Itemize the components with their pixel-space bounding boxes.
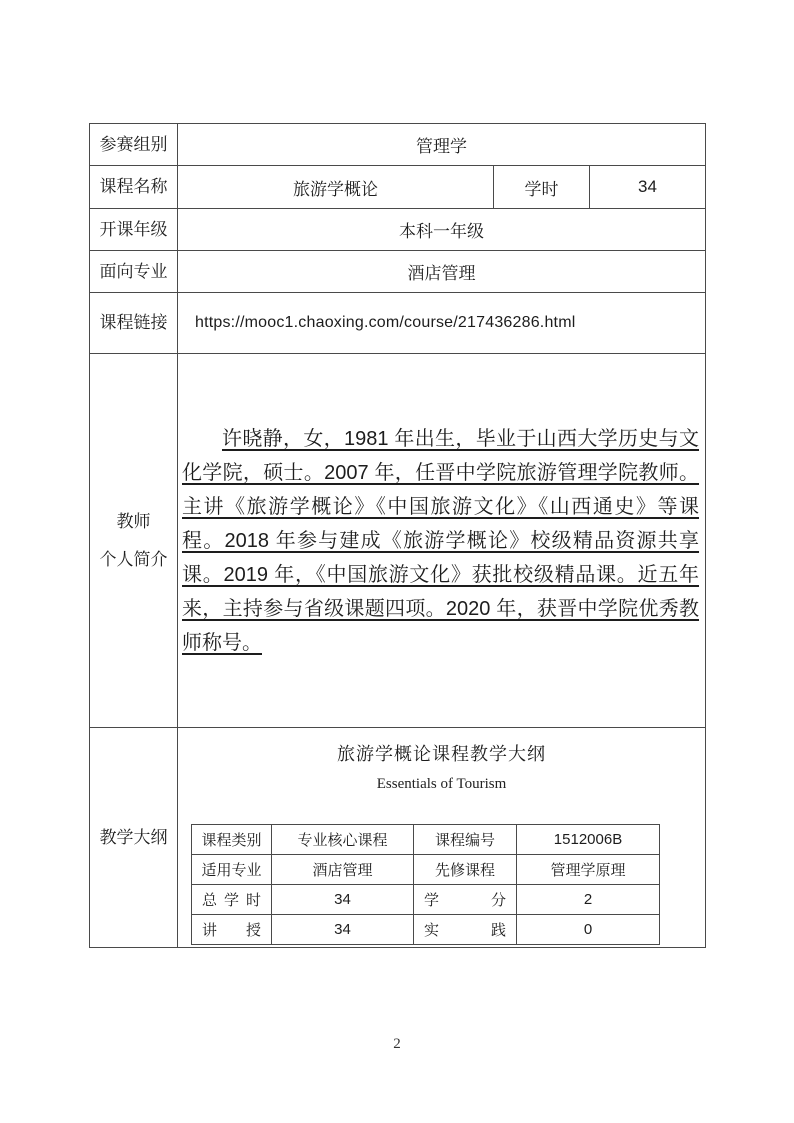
- syllabus-summary-table: 课程类别 专业核心课程 课程编号 1512006B 适用专业 酒店管理 先修课程…: [191, 824, 660, 945]
- hours-value: 34: [590, 166, 706, 209]
- prerequisite-value: 管理学原理: [517, 855, 660, 885]
- course-link-value: https://mooc1.chaoxing.com/course/217436…: [178, 293, 706, 354]
- teacher-bio-cell: 许晓静，女，1981 年出生，毕业于山西大学历史与文化学院，硕士。2007 年，…: [178, 354, 706, 728]
- practice-hours-label: 实践: [414, 915, 517, 945]
- hours-label: 学时: [494, 166, 590, 209]
- syllabus-title: 旅游学概论课程教学大纲: [178, 740, 705, 766]
- course-link-label: 课程链接: [90, 293, 178, 354]
- major-value: 酒店管理: [178, 251, 706, 293]
- table-row: 开课年级 本科一年级: [90, 209, 706, 251]
- teacher-bio-label: 教师 个人简介: [90, 354, 178, 728]
- total-hours-value: 34: [272, 885, 414, 915]
- table-row: 适用专业 酒店管理 先修课程 管理学原理: [192, 855, 660, 885]
- total-hours-label: 总学时: [192, 885, 272, 915]
- credits-value: 2: [517, 885, 660, 915]
- table-row: 面向专业 酒店管理: [90, 251, 706, 293]
- table-row: 讲授 34 实践 0: [192, 915, 660, 945]
- grade-value: 本科一年级: [178, 209, 706, 251]
- table-row: 总学时 34 学分 2: [192, 885, 660, 915]
- table-row: 课程名称 旅游学概论 学时 34: [90, 166, 706, 209]
- table-row: 课程链接 https://mooc1.chaoxing.com/course/2…: [90, 293, 706, 354]
- lecture-hours-value: 34: [272, 915, 414, 945]
- lecture-hours-label: 讲授: [192, 915, 272, 945]
- course-name-value: 旅游学概论: [178, 166, 494, 209]
- course-type-value: 专业核心课程: [272, 825, 414, 855]
- course-name-label: 课程名称: [90, 166, 178, 209]
- table-row: 课程类别 专业核心课程 课程编号 1512006B: [192, 825, 660, 855]
- course-type-label: 课程类别: [192, 825, 272, 855]
- syllabus-cell: 旅游学概论课程教学大纲 Essentials of Tourism 课程类别 专…: [178, 728, 706, 948]
- course-info-table: 参赛组别 管理学 课程名称 旅游学概论 学时 34 开课年级 本科一年级 面向专…: [89, 123, 706, 948]
- group-value: 管理学: [178, 124, 706, 166]
- table-row: 教师 个人简介 许晓静，女，1981 年出生，毕业于山西大学历史与文化学院，硕士…: [90, 354, 706, 728]
- major-label: 面向专业: [90, 251, 178, 293]
- group-label: 参赛组别: [90, 124, 178, 166]
- applicable-major-label: 适用专业: [192, 855, 272, 885]
- prerequisite-label: 先修课程: [414, 855, 517, 885]
- applicable-major-value: 酒店管理: [272, 855, 414, 885]
- syllabus-subtitle-english: Essentials of Tourism: [178, 776, 705, 793]
- syllabus-label: 教学大纲: [90, 728, 178, 948]
- document-page: 参赛组别 管理学 课程名称 旅游学概论 学时 34 开课年级 本科一年级 面向专…: [0, 0, 794, 1123]
- table-row: 参赛组别 管理学: [90, 124, 706, 166]
- table-row: 教学大纲 旅游学概论课程教学大纲 Essentials of Tourism 课…: [90, 728, 706, 948]
- course-code-label: 课程编号: [414, 825, 517, 855]
- credits-label: 学分: [414, 885, 517, 915]
- grade-label: 开课年级: [90, 209, 178, 251]
- course-code-value: 1512006B: [517, 825, 660, 855]
- page-number: 2: [0, 1036, 794, 1053]
- practice-hours-value: 0: [517, 915, 660, 945]
- teacher-bio-text: 许晓静，女，1981 年出生，毕业于山西大学历史与文化学院，硕士。2007 年，…: [182, 422, 699, 660]
